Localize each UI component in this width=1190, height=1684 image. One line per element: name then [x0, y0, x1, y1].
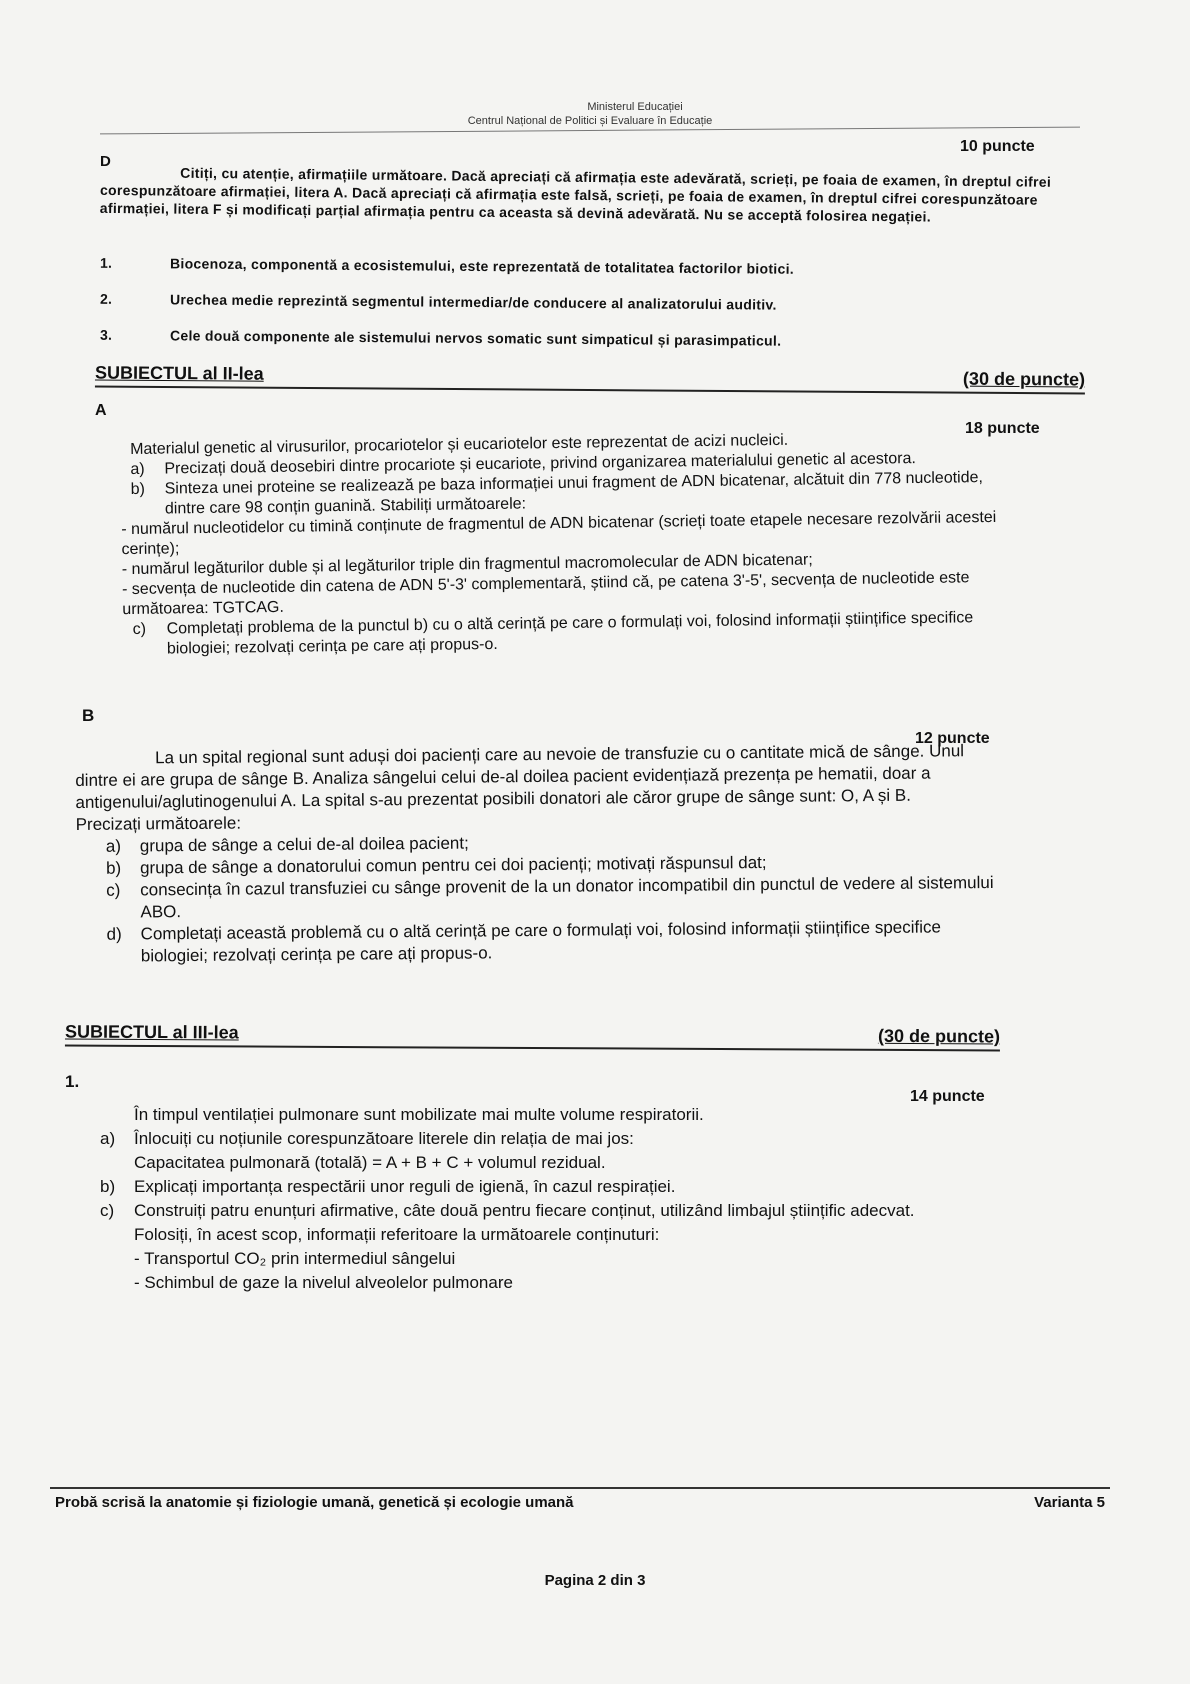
item-label: a)	[130, 460, 164, 480]
q1-content-1: - Transportul CO₂ prin intermediul sânge…	[134, 1247, 1000, 1271]
q1-content: În timpul ventilației pulmonare sunt mob…	[100, 1103, 1000, 1295]
section-d-instructions: Citiți, cu atenție, afirmațiile următoar…	[100, 163, 1081, 227]
part-b-item-d: Completați această problemă cu o altă ce…	[141, 916, 997, 967]
part-b-intro: La un spital regional sunt aduși doi pac…	[75, 740, 996, 814]
item-label: c)	[133, 620, 168, 660]
item-number: 3.	[100, 326, 170, 345]
subject-3-heading: SUBIECTUL al III-lea (30 de puncte)	[65, 1022, 1000, 1052]
item-text: Biocenoza, componentă a ecosistemului, e…	[170, 254, 794, 277]
footer-divider	[50, 1487, 1110, 1489]
q1-question-b: Explicați importanța respectării unor re…	[134, 1175, 675, 1199]
subject-2-points: (30 de puncte)	[963, 369, 1085, 391]
item-label: c)	[100, 1199, 134, 1223]
part-b-content: La un spital regional sunt aduși doi pac…	[75, 740, 997, 968]
item-label: a)	[100, 1127, 134, 1151]
part-b-label: B	[82, 706, 94, 726]
footer-exam-title: Probă scrisă la anatomie și fiziologie u…	[55, 1494, 574, 1511]
header-ministry: Ministerul Educației	[190, 100, 1080, 114]
subject-2-title: SUBIECTUL al II-lea	[95, 363, 264, 385]
part-b-item-a: grupa de sânge a celui de-al doilea paci…	[140, 833, 469, 858]
exam-page: Ministerul Educației Centrul Național de…	[0, 0, 1190, 1684]
section-d-points: 10 puncte	[960, 138, 1035, 156]
page-header: Ministerul Educației Centrul Național de…	[100, 100, 1080, 128]
page-footer: Probă scrisă la anatomie și fiziologie u…	[55, 1494, 1105, 1511]
section-d-item-1: 1.Biocenoza, componentă a ecosistemului,…	[100, 254, 1080, 281]
part-b-item-c: consecința în cazul transfuziei cu sânge…	[140, 872, 996, 923]
item-label: c)	[106, 879, 140, 923]
item-label: a)	[106, 835, 140, 857]
q1-question-a: Înlocuiți cu noțiunile corespunzătoare l…	[134, 1127, 634, 1151]
subject-3-points: (30 de puncte)	[878, 1026, 1000, 1048]
section-d-item-3: 3.Cele două componente ale sistemului ne…	[100, 326, 1080, 353]
footer-variant: Varianta 5	[1034, 1494, 1105, 1511]
part-a-label: A	[95, 402, 107, 420]
q1-content-2: - Schimbul de gaze la nivelul alveolelor…	[134, 1271, 1000, 1295]
item-number: 2.	[100, 290, 170, 309]
item-label: b)	[131, 480, 166, 520]
item-number: 1.	[100, 254, 170, 273]
q1-use-text: Folosiți, în acest scop, informații refe…	[134, 1223, 1000, 1247]
item-label: b)	[100, 1175, 134, 1199]
q1-question-c: Construiți patru enunțuri afirmative, câ…	[134, 1199, 915, 1223]
part-a-content: Materialul genetic al virusurilor, proca…	[130, 428, 1003, 660]
subject-3-title: SUBIECTUL al III-lea	[65, 1022, 239, 1044]
item-text: Cele două componente ale sistemului nerv…	[170, 326, 781, 349]
page-number: Pagina 2 din 3	[0, 1572, 1190, 1589]
header-center: Centrul Național de Politici și Evaluare…	[100, 114, 1080, 128]
item-label: d)	[107, 923, 141, 967]
q1-intro: În timpul ventilației pulmonare sunt mob…	[134, 1103, 1000, 1127]
item-text: Urechea medie reprezintă segmentul inter…	[170, 290, 777, 313]
q1-formula: Capacitatea pulmonară (totală) = A + B +…	[134, 1151, 1000, 1175]
item-label: b)	[106, 857, 140, 879]
section-d-item-2: 2.Urechea medie reprezintă segmentul int…	[100, 290, 1080, 317]
subject-2-heading: SUBIECTUL al II-lea (30 de puncte)	[95, 363, 1085, 395]
q1-number: 1.	[65, 1072, 79, 1092]
